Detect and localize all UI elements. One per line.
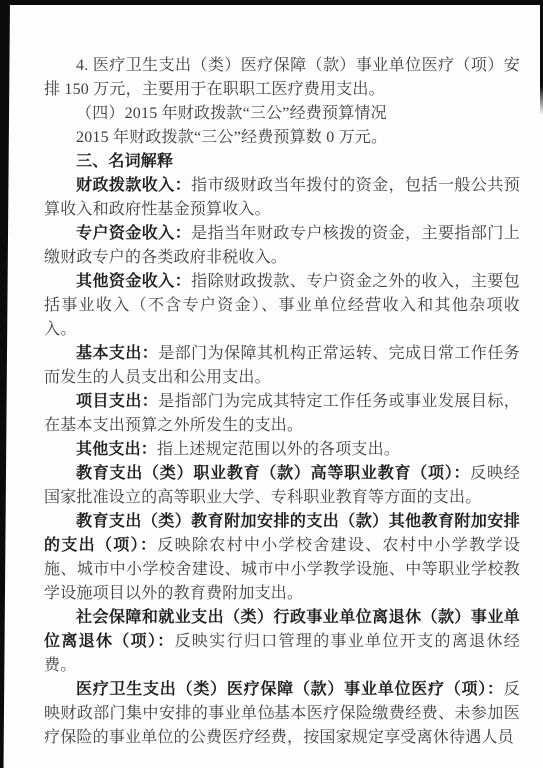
paragraph: 教育支出（类）教育附加安排的支出（款）其他教育附加安排的支出（项）：反映除农村中… <box>44 510 520 606</box>
paragraph: 2015 年财政拨款“三公”经费预算数 0 万元。 <box>44 126 520 150</box>
paragraph: 其他资金收入：指除财政拨款、专户资金之外的收入，主要包括事业收入（不含专户资金）… <box>44 270 520 342</box>
paragraph: 基本支出：是部门为保障其机构正常运转、完成日常工作任务而发生的人员支出和公用支出… <box>44 342 520 390</box>
document-page: 4. 医疗卫生支出（类）医疗保障（款）事业单位医疗（项）安排 150 万元，主要… <box>0 0 543 768</box>
term-bold: 三、名词解释 <box>76 153 173 170</box>
term-bold: 社会保障和就业支出（类）行政事业单位离退休（款）事业单位离退休（项）： <box>44 609 520 650</box>
page-number: 3 <box>0 707 543 722</box>
paragraph: （四）2015 年财政拨款“三公”经费预算情况 <box>44 102 520 126</box>
paragraph: 4. 医疗卫生支出（类）医疗保障（款）事业单位医疗（项）安排 150 万元，主要… <box>44 54 520 102</box>
term-bold: 其他支出： <box>76 441 157 458</box>
term-bold: 其他资金收入： <box>76 273 191 290</box>
paragraph: 三、名词解释 <box>44 150 520 174</box>
term-bold: 医疗卫生支出（类）医疗保障（款）事业单位医疗（项）： <box>76 681 504 698</box>
scan-edge-top <box>0 0 543 5</box>
paragraph: 项目支出：是指部门为完成其特定工作任务或事业发展目标，在基本支出预算之外所发生的… <box>44 390 520 438</box>
term-bold: 基本支出： <box>76 345 158 362</box>
term-bold: 教育支出（类）职业教育（款）高等职业教育（项）： <box>76 465 470 482</box>
term-bold: 专户资金收入： <box>76 225 191 242</box>
scan-edge-left <box>0 0 10 768</box>
term-bold: 项目支出： <box>76 393 158 410</box>
paragraph: 财政拨款收入：指市级财政当年拨付的资金，包括一般公共预算收入和政府性基金预算收入… <box>44 174 520 222</box>
paragraph: 社会保障和就业支出（类）行政事业单位离退休（款）事业单位离退休（项）：反映实行归… <box>44 606 520 678</box>
paragraph: 其他支出：指上述规定范围以外的各项支出。 <box>44 438 520 462</box>
term-bold: 教育支出（类）教育附加安排的支出（款）其他教育附加安排的支出（项）： <box>44 513 520 554</box>
paragraph: 教育支出（类）职业教育（款）高等职业教育（项）：反映经国家批准设立的高等职业大学… <box>44 462 520 510</box>
term-bold: 财政拨款收入： <box>76 177 191 194</box>
paragraph: 专户资金收入：是指当年财政专户核拨的资金，主要指部门上缴财政专户的各类政府非税收… <box>44 222 520 270</box>
document-body: 4. 医疗卫生支出（类）医疗保障（款）事业单位医疗（项）安排 150 万元，主要… <box>44 54 520 750</box>
